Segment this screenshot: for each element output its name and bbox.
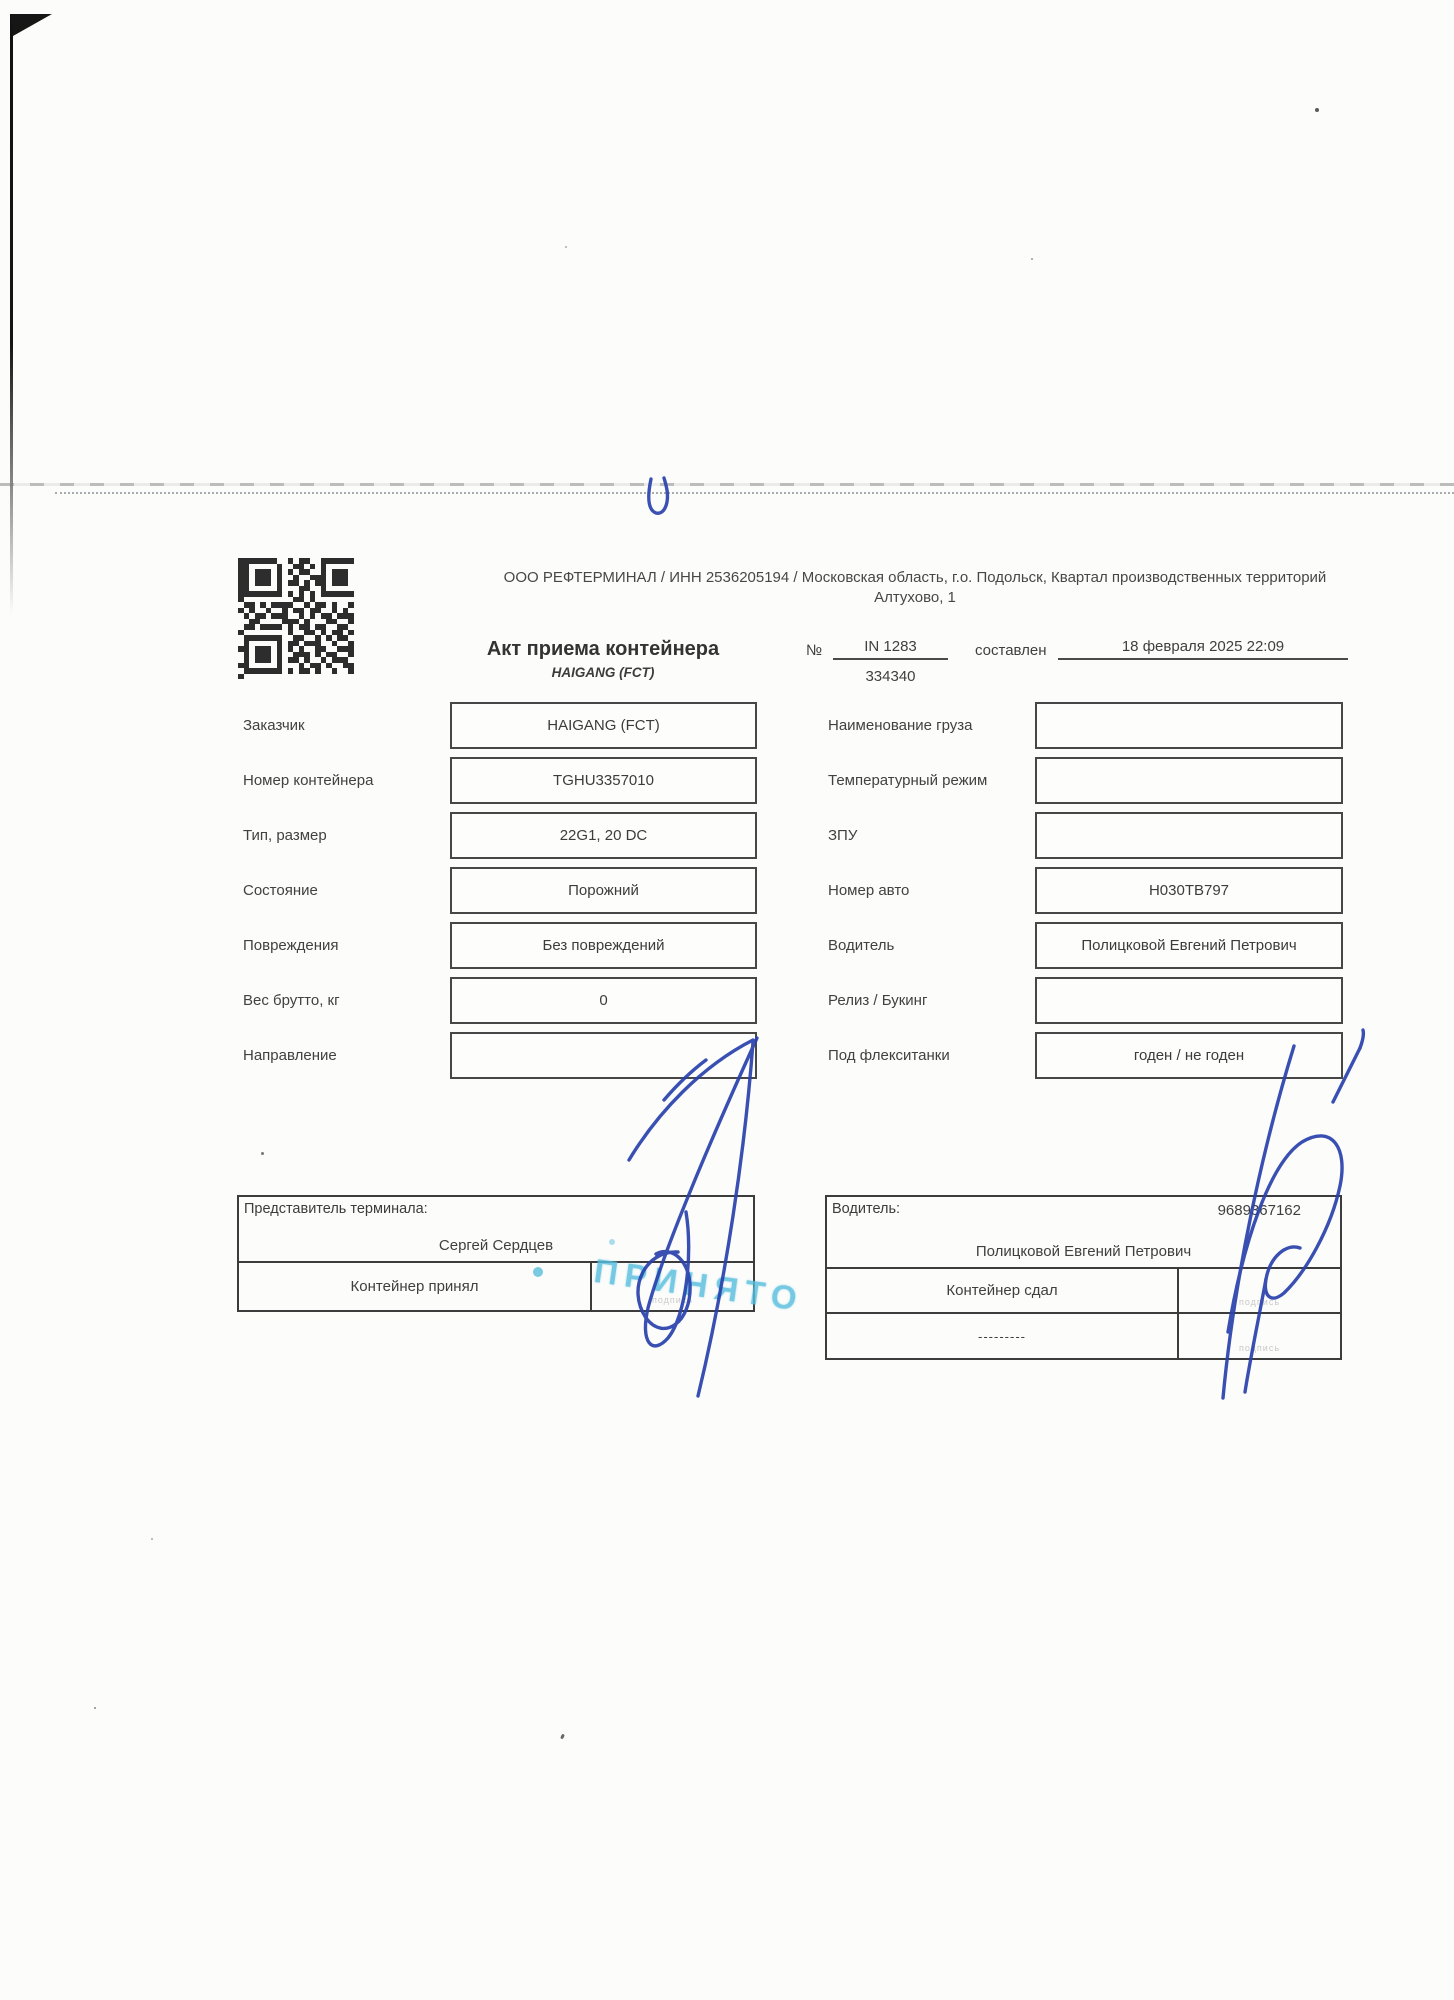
- field-value-box: [450, 1032, 757, 1079]
- driver-header-row: Водитель: 9689367162 Полицковой Евгений …: [827, 1197, 1340, 1269]
- driver-signature-table: Водитель: 9689367162 Полицковой Евгений …: [825, 1195, 1342, 1360]
- field-label: Повреждения: [243, 937, 450, 954]
- scan-edge-artifact: [10, 14, 13, 614]
- driver-dashes: ---------: [827, 1314, 1179, 1358]
- scan-speck: [151, 1538, 153, 1540]
- doc-number-label: №: [806, 642, 822, 659]
- form-column-right: Наименование груза Температурный режим З…: [828, 702, 1343, 1087]
- field-value-box: Порожний: [450, 867, 757, 914]
- field-value-box: [1035, 757, 1343, 804]
- signature-hint: подпись: [1179, 1343, 1340, 1353]
- field-value-box: [1035, 702, 1343, 749]
- field-label: Состояние: [243, 882, 450, 899]
- scan-speck: [94, 1707, 96, 1709]
- field-value-box: годен / не годен: [1035, 1032, 1343, 1079]
- field-row-type-size: Тип, размер 22G1, 20 DC: [243, 812, 757, 859]
- ink-signature-driver: [1360, 1030, 1363, 1048]
- terminal-action: Контейнер принял: [239, 1263, 592, 1310]
- field-label: Направление: [243, 1047, 450, 1064]
- org-header-line1: ООО РЕФТЕРМИНАЛ / ИНН 2536205194 / Моско…: [370, 568, 1454, 588]
- field-label: Под флекситанки: [828, 1047, 1035, 1064]
- field-row-damages: Повреждения Без повреждений: [243, 922, 757, 969]
- page-title: Акт приема контейнера: [450, 638, 756, 661]
- org-header-line2: Алтухово, 1: [370, 588, 1454, 608]
- scan-speck: [1031, 258, 1033, 260]
- composed-date: 18 февраля 2025 22:09: [1058, 638, 1348, 660]
- field-row-direction: Направление: [243, 1032, 757, 1079]
- driver-dashes-row: --------- подпись: [827, 1314, 1340, 1358]
- field-label: Тип, размер: [243, 827, 450, 844]
- field-value-box: [1035, 977, 1343, 1024]
- page-subtitle: HAIGANG (FCT): [450, 665, 756, 680]
- field-value-box: Н030ТВ797: [1035, 867, 1343, 914]
- field-label: ЗПУ: [828, 827, 1035, 844]
- field-row-customer: Заказчик HAIGANG (FCT): [243, 702, 757, 749]
- driver-title: Водитель:: [832, 1201, 900, 1217]
- org-header: ООО РЕФТЕРМИНАЛ / ИНН 2536205194 / Моско…: [370, 568, 1454, 608]
- field-row-driver: Водитель Полицковой Евгений Петрович: [828, 922, 1343, 969]
- field-value-box: Полицковой Евгений Петрович: [1035, 922, 1343, 969]
- fold-line: [0, 483, 1454, 486]
- field-row-temperature-mode: Температурный режим: [828, 757, 1343, 804]
- field-label: Температурный режим: [828, 772, 1035, 789]
- field-value-box: TGHU3357010: [450, 757, 757, 804]
- title-block: Акт приема контейнера HAIGANG (FCT): [450, 638, 756, 680]
- field-row-condition: Состояние Порожний: [243, 867, 757, 914]
- scan-speck: [560, 1734, 565, 1740]
- field-value-box: 22G1, 20 DC: [450, 812, 757, 859]
- field-value-box: 0: [450, 977, 757, 1024]
- fold-perforation-line: [55, 492, 1454, 494]
- driver-phone: 9689367162: [1218, 1202, 1301, 1219]
- terminal-header-row: Представитель терминала: Сергей Сердцев: [239, 1197, 753, 1263]
- field-label: Заказчик: [243, 717, 450, 734]
- field-value-box: Без повреждений: [450, 922, 757, 969]
- field-label: Наименование груза: [828, 717, 1035, 734]
- composed-label: составлен: [975, 642, 1047, 659]
- driver-name: Полицковой Евгений Петрович: [827, 1243, 1340, 1260]
- signature-hint: подпись: [1179, 1297, 1340, 1307]
- terminal-title: Представитель терминала:: [244, 1201, 428, 1217]
- field-row-gross-weight: Вес брутто, кг 0: [243, 977, 757, 1024]
- field-row-flexitank: Под флекситанки годен / не годен: [828, 1032, 1343, 1079]
- field-row-release-booking: Релиз / Букинг: [828, 977, 1343, 1024]
- scan-corner-artifact: [10, 14, 52, 36]
- driver-action-row: Контейнер сдал подпись: [827, 1269, 1340, 1314]
- field-label: Номер контейнера: [243, 772, 450, 789]
- qr-code: [238, 558, 354, 679]
- scan-speck: [1315, 108, 1319, 112]
- scan-speck: [565, 246, 567, 248]
- driver-signature-cell: подпись: [1179, 1269, 1340, 1312]
- field-row-seal: ЗПУ: [828, 812, 1343, 859]
- field-value-box: [1035, 812, 1343, 859]
- doc-number-sub: 334340: [833, 668, 948, 685]
- scan-speck: [261, 1152, 264, 1155]
- field-row-cargo-name: Наименование груза: [828, 702, 1343, 749]
- field-row-container-number: Номер контейнера TGHU3357010: [243, 757, 757, 804]
- field-value-box: HAIGANG (FCT): [450, 702, 757, 749]
- field-label: Релиз / Букинг: [828, 992, 1035, 1009]
- field-row-truck-number: Номер авто Н030ТВ797: [828, 867, 1343, 914]
- field-label: Вес брутто, кг: [243, 992, 450, 1009]
- driver-signature-cell-2: подпись: [1179, 1314, 1340, 1358]
- scanned-document-page: ООО РЕФТЕРМИНАЛ / ИНН 2536205194 / Моско…: [0, 0, 1454, 2000]
- driver-action: Контейнер сдал: [827, 1269, 1179, 1312]
- terminal-name: Сергей Сердцев: [239, 1237, 753, 1254]
- field-label: Водитель: [828, 937, 1035, 954]
- doc-number-value: IN 1283: [833, 638, 948, 660]
- field-label: Номер авто: [828, 882, 1035, 899]
- form-column-left: Заказчик HAIGANG (FCT) Номер контейнера …: [243, 702, 757, 1087]
